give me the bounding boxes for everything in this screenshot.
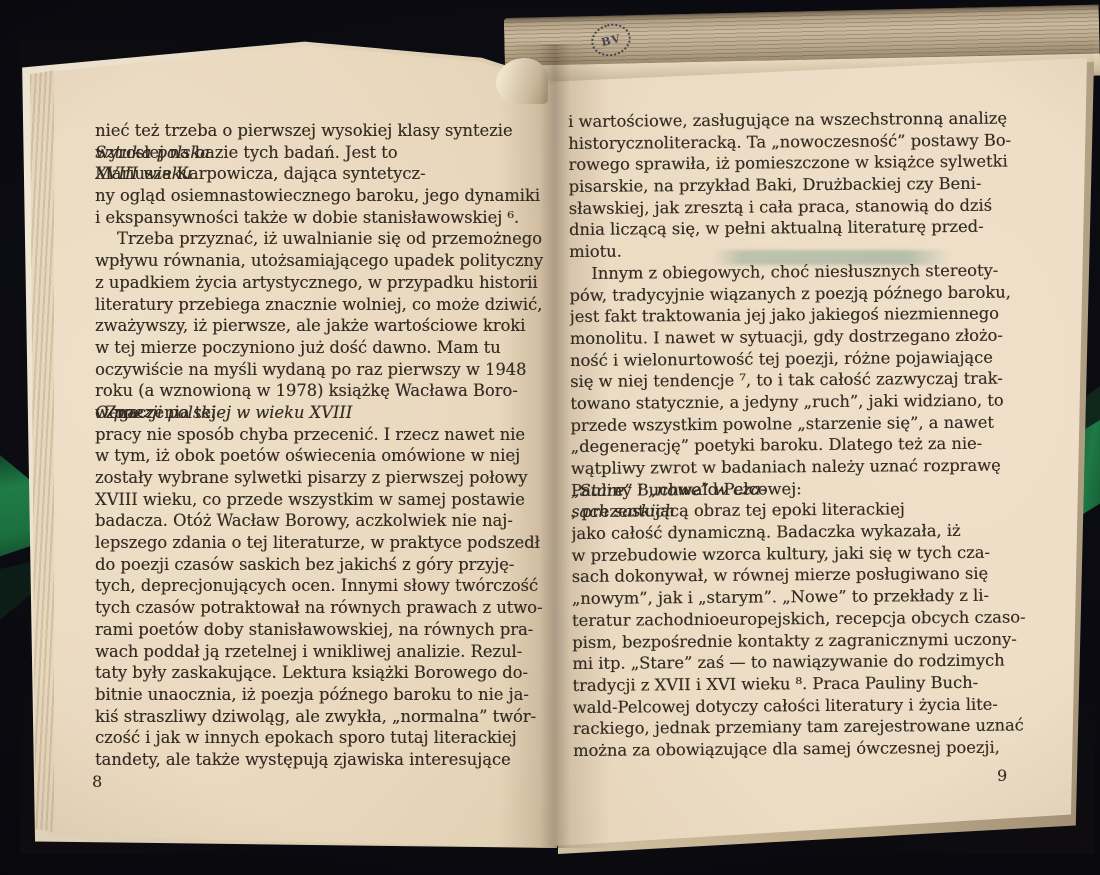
gutter-page-curl <box>496 58 548 104</box>
text-line: czość i jak w innych epokach sporo tutaj… <box>95 727 545 749</box>
text-segment: bitnie unaocznia, iż poezja późnego baro… <box>95 684 529 706</box>
text-segment: zważywszy, iż pierwsze, ale jakże wartoś… <box>95 315 525 337</box>
text-segment: Trzeba przyznać, iż uwalnianie się od pr… <box>117 228 542 250</box>
text-line: można za obowiązujące dla samej ówczesne… <box>573 736 1049 761</box>
text-segment: . Znaczenia tej <box>95 402 216 424</box>
text-line: oczywiście na myśli wydaną po raz pierws… <box>95 359 545 381</box>
text-segment: w tym, iż obok poetów oświecenia omówion… <box>95 445 520 467</box>
text-line: do poezji czasów saskich bez jakichś z g… <box>95 554 545 576</box>
text-line: Trzeba przyznać, iż uwalnianie się od pr… <box>95 228 545 250</box>
book-photo-scene: BV nieć też trzeba o pierwszej wysokiej … <box>0 0 1100 875</box>
text-segment: miotu. <box>569 241 622 263</box>
text-segment: , prezentującą obraz tej epoki literacki… <box>571 499 905 523</box>
text-line: z upadkiem życia artystycznego, w przypa… <box>95 272 545 294</box>
text-line: bitnie unaocznia, iż poezja późnego baro… <box>95 684 545 706</box>
text-line: roku (a wznowioną w 1978) książkę Wacław… <box>95 380 545 402</box>
text-line: XVIII wieku Mariusza Karpowicza, dająca … <box>95 163 545 185</box>
text-line: literatury przebiega znacznie wolniej, c… <box>95 294 545 316</box>
text-segment: Mariusza Karpowicza, dająca syntetycz- <box>95 163 425 185</box>
text-segment: rami poetów doby stanisławowskiej, na ró… <box>95 619 533 641</box>
text-segment: literatury przebiega znacznie wolniej, c… <box>95 294 542 316</box>
text-line: zostały wybrane sylwetki pisarzy z pierw… <box>95 467 545 489</box>
text-segment: taty były zaskakujące. Lektura książki B… <box>95 662 528 684</box>
italic-text-segment: Sztuka polska <box>95 142 210 164</box>
text-segment: wpływu równania, utożsamiającego upadek … <box>95 250 543 272</box>
text-segment: oczywiście na myśli wydaną po raz pierws… <box>95 359 526 381</box>
text-line: lepszego zdania o tej literaturze, w pra… <box>95 532 545 554</box>
text-segment: czość i jak w innych epokach sporo tutaj… <box>95 727 517 749</box>
text-line: tych czasów potraktował na równych prawa… <box>95 597 545 619</box>
text-segment: lepszego zdania o tej literaturze, w pra… <box>95 532 540 554</box>
text-segment: tych, deprecjonujących ocen. Innymi słow… <box>95 575 538 597</box>
text-line: i ekspansywności także w dobie stanisław… <box>95 207 545 229</box>
text-line: XVIII wieku, co przede wszystkim w samej… <box>95 489 545 511</box>
text-line: wpływu równania, utożsamiającego upadek … <box>95 250 545 272</box>
text-line: tandety, ale także występują zjawiska in… <box>95 749 545 771</box>
text-segment: tandety, ale także występują zjawiska in… <box>95 749 511 771</box>
text-segment: do poezji czasów saskich bez jakichś z g… <box>95 554 514 576</box>
text-line: wach poddał ją rzetelnej i wnikliwej ana… <box>95 641 545 663</box>
left-page-text-column: nieć też trzeba o pierwszej wysokiej kla… <box>95 120 545 771</box>
text-segment: Innym z obiegowych, choć niesłusznych st… <box>591 259 998 284</box>
text-line: w tym, iż obok poetów oświecenia omówion… <box>95 445 545 467</box>
text-segment: jako całość dynamiczną. Badaczka wykazał… <box>571 520 960 545</box>
text-segment: tradycji z XVII i XVI wieku ⁸. Praca Pau… <box>572 672 978 697</box>
text-line: nieć też trzeba o pierwszej wysokiej kla… <box>95 120 545 142</box>
text-segment: roku (a wznowioną w 1978) książkę Wacław… <box>95 380 518 402</box>
right-page-text-column: i wartościowe, zasługujące na wszechstro… <box>568 107 1049 761</box>
page-number-left: 8 <box>92 772 102 791</box>
text-segment: badacza. Otóż Wacław Borowy, aczkolwiek … <box>95 510 513 532</box>
text-line: wego: O poezji polskiej w wieku XVIII. Z… <box>95 402 545 424</box>
text-segment: ny ogląd osiemnastowiecznego baroku, jeg… <box>95 185 540 207</box>
page-number-right: 9 <box>997 766 1007 785</box>
text-line: taty były zaskakujące. Lektura książki B… <box>95 662 545 684</box>
text-segment: tych czasów potraktował na równych prawa… <box>95 597 542 619</box>
text-line: kiś straszliwy dziwoląg, ale zwykła, „no… <box>95 706 545 728</box>
text-segment: w tej mierze poczyniono już dość dawno. … <box>95 337 501 359</box>
text-segment: i ekspansywności także w dobie stanisław… <box>95 207 519 229</box>
text-segment: zostały wybrane sylwetki pisarzy z pierw… <box>95 467 528 489</box>
text-segment: nieć też trzeba o pierwszej wysokiej kla… <box>95 120 513 142</box>
text-line: badacza. Otóż Wacław Borowy, aczkolwiek … <box>95 510 545 532</box>
text-segment: pracy nie sposób chyba przecenić. I rzec… <box>95 424 525 446</box>
text-segment: można za obowiązujące dla samej ówczesne… <box>573 737 1000 762</box>
text-line: w tej mierze poczyniono już dość dawno. … <box>95 337 545 359</box>
text-line: zważywszy, iż pierwsze, ale jakże wartoś… <box>95 315 545 337</box>
text-line: pracy nie sposób chyba przecenić. I rzec… <box>95 424 545 446</box>
text-line: tych, deprecjonujących ocen. Innymi słow… <box>95 575 545 597</box>
italic-text-segment: „Stare” i „nowe” w cza- <box>571 478 766 501</box>
text-line: ny ogląd osiemnastowiecznego baroku, jeg… <box>95 185 545 207</box>
text-line: rami poetów doby stanisławowskiej, na ró… <box>95 619 545 641</box>
text-segment: kiś straszliwy dziwoląg, ale zwykła, „no… <box>95 706 536 728</box>
text-segment: z upadkiem życia artystycznego, w przypa… <box>95 272 538 294</box>
text-segment: wach poddał ją rzetelnej i wnikliwej ana… <box>95 641 522 663</box>
text-line: wyrosłej na bazie tych badań. Jest to Sz… <box>95 142 545 164</box>
text-segment: XVIII wieku, co przede wszystkim w samej… <box>95 489 525 511</box>
